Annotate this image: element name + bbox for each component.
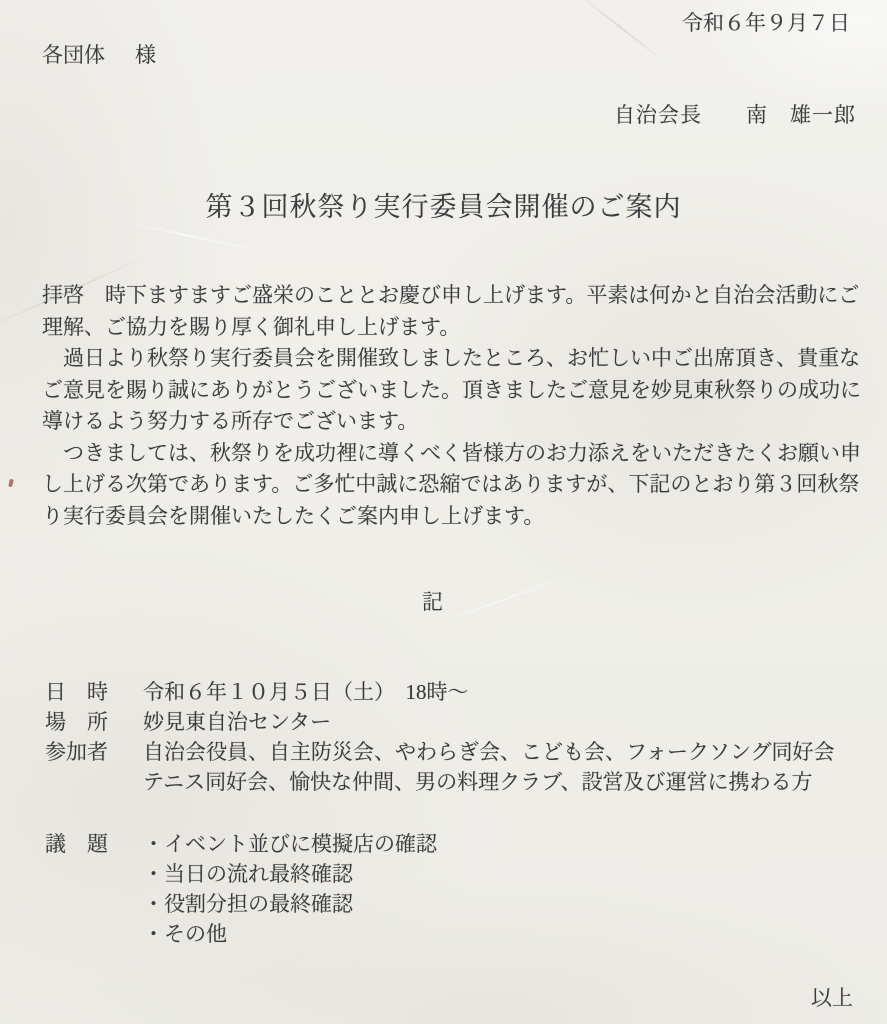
details-section: 日 時 令和６年１０月５日（土） 18時～ 場 所 妙見東自治センター 参加者 …	[45, 677, 835, 949]
detail-value: 妙見東自治センター	[143, 707, 331, 737]
paragraph: 拝啓 時下ますますご盛栄のこととお慶び申し上げます。平素は何かと自治会活動にご …	[42, 280, 854, 343]
paper-crease	[121, 220, 268, 253]
detail-line: テニス同好会、愉快な仲間、男の料理クラブ、設営及び運営に携わる方	[143, 767, 835, 797]
detail-line: 自治会役員、自主防災会、やわらぎ会、こども会、フォークソング同好会	[143, 737, 835, 767]
detail-row-agenda: 議 題 ・イベント並びに模擬店の確認 ・当日の流れ最終確認 ・役割分担の最終確認…	[45, 829, 835, 949]
recipient-name: 各団体	[42, 40, 105, 70]
detail-row-place: 場 所 妙見東自治センター	[45, 707, 835, 737]
agenda-item: ・イベント並びに模擬店の確認	[143, 829, 437, 859]
scan-speck	[8, 479, 14, 488]
detail-row-participants: 参加者 自治会役員、自主防災会、やわらぎ会、こども会、フォークソング同好会 テニ…	[45, 737, 835, 797]
body-line: ご意見を賜り誠にありがとうございました。頂きましたご意見を妙見東秋祭りの成功に	[42, 375, 854, 407]
detail-value: 自治会役員、自主防災会、やわらぎ会、こども会、フォークソング同好会 テニス同好会…	[143, 737, 835, 797]
body-line: 導けるよう努力する所存でございます。	[42, 406, 854, 438]
sender-line: 自治会長 南 雄一郎	[614, 100, 856, 130]
document-title: 第３回秋祭り実行委員会開催のご案内	[0, 190, 887, 224]
detail-label: 参加者	[45, 737, 143, 797]
ki-marker: 記	[0, 587, 876, 617]
body-line: 拝啓 時下ますますご盛栄のこととお慶び申し上げます。平素は何かと自治会活動にご	[42, 280, 854, 312]
closing-marker: 以上	[811, 983, 853, 1013]
body-line: 理解、ご協力を賜り厚く御礼申し上げます。	[42, 312, 854, 344]
detail-line: 妙見東自治センター	[143, 707, 331, 737]
body-line: つきましては、秋祭りを成功裡に導くべく皆様方のお力添えをいただきたくお願い申	[42, 438, 854, 470]
letter-date: 令和６年９月７日	[682, 8, 850, 38]
paragraph: つきましては、秋祭りを成功裡に導くべく皆様方のお力添えをいただきたくお願い申 し…	[42, 438, 854, 533]
body-line: り実行委員会を開催いたしたくご案内申し上げます。	[42, 501, 854, 533]
agenda-item: ・役割分担の最終確認	[143, 889, 437, 919]
detail-value: 令和６年１０月５日（土） 18時～	[143, 677, 469, 707]
body-line: 過日より秋祭り実行委員会を開催致しましたところ、お忙しい中ご出席頂き、貴重な	[42, 343, 854, 375]
scanned-letter-page: 令和６年９月７日 各団体 様 自治会長 南 雄一郎 第３回秋祭り実行委員会開催の…	[0, 0, 887, 1024]
detail-line: 令和６年１０月５日（土） 18時～	[143, 677, 469, 707]
detail-label: 場 所	[45, 707, 143, 737]
detail-row-datetime: 日 時 令和６年１０月５日（土） 18時～	[45, 677, 835, 707]
recipient-honorific: 様	[135, 40, 156, 70]
body-line: し上げる次第であります。ご多忙中誠に恐縮ではありますが、下記のとおり第３回秋祭	[42, 469, 854, 501]
detail-label: 日 時	[45, 677, 143, 707]
paragraph: 過日より秋祭り実行委員会を開催致しましたところ、お忙しい中ご出席頂き、貴重な ご…	[42, 343, 854, 438]
letter-body: 拝啓 時下ますますご盛栄のこととお慶び申し上げます。平素は何かと自治会活動にご …	[42, 280, 854, 532]
detail-label: 議 題	[45, 829, 143, 949]
detail-value: ・イベント並びに模擬店の確認 ・当日の流れ最終確認 ・役割分担の最終確認 ・その…	[143, 829, 437, 949]
agenda-item: ・その他	[143, 919, 437, 949]
recipient-line: 各団体 様	[42, 40, 156, 70]
paper-crease	[572, 0, 668, 65]
agenda-item: ・当日の流れ最終確認	[143, 859, 437, 889]
